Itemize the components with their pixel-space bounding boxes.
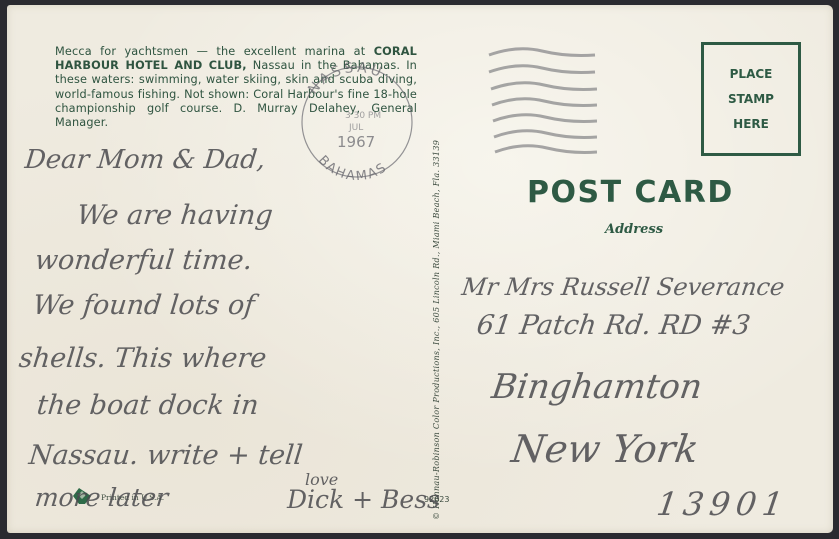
svg-text:BAHAMAS: BAHAMAS [315, 153, 390, 180]
recipient-city: Binghamton [489, 367, 705, 407]
postmark-month: JUL [348, 123, 363, 133]
message-signature: Dick + Bess [287, 485, 440, 514]
message-greeting: Dear Mom & Dad, [23, 145, 266, 175]
description-line1: Mecca for yachtsmen — the excellent mari… [55, 45, 365, 58]
postmark-icon: NASSAU 3 30 PM JUL 1967 BAHAMAS [287, 60, 427, 180]
cancellation-lines-icon [487, 45, 597, 155]
message-line: more later [33, 483, 169, 512]
address-label: Address [605, 222, 663, 237]
message-line: We found lots of [31, 290, 256, 321]
message-line: We are having [75, 200, 274, 231]
postmark-time: 3 30 PM [345, 111, 381, 121]
publisher-credit: © Hannau-Robinson Color Productions, Inc… [432, 140, 441, 520]
recipient-name: Mr Mrs Russell Severance [460, 273, 786, 301]
post-card-title: POST CARD [527, 175, 734, 210]
message-line: wonderful time. [33, 245, 253, 276]
stamp-label-line2: STAMP [728, 87, 774, 112]
postcard-back: Mecca for yachtsmen — the excellent mari… [7, 5, 833, 533]
stamp-label-line3: HERE [733, 112, 769, 137]
message-line: shells. This where [17, 343, 268, 374]
recipient-street: 61 Patch Rd. RD #3 [475, 310, 752, 341]
recipient-state: New York [509, 427, 701, 471]
postmark-country: BAHAMAS [315, 153, 390, 180]
recipient-zip: 13901 [654, 485, 791, 523]
stamp-placeholder-box: PLACE STAMP HERE [701, 42, 801, 156]
message-line: the boat dock in [35, 390, 260, 421]
stamp-label-line1: PLACE [730, 62, 773, 87]
svg-text:NASSAU: NASSAU [305, 60, 386, 98]
postmark-year: 1967 [337, 133, 375, 151]
postmark-city: NASSAU [305, 60, 386, 98]
message-line: Nassau. write + tell [27, 440, 304, 471]
